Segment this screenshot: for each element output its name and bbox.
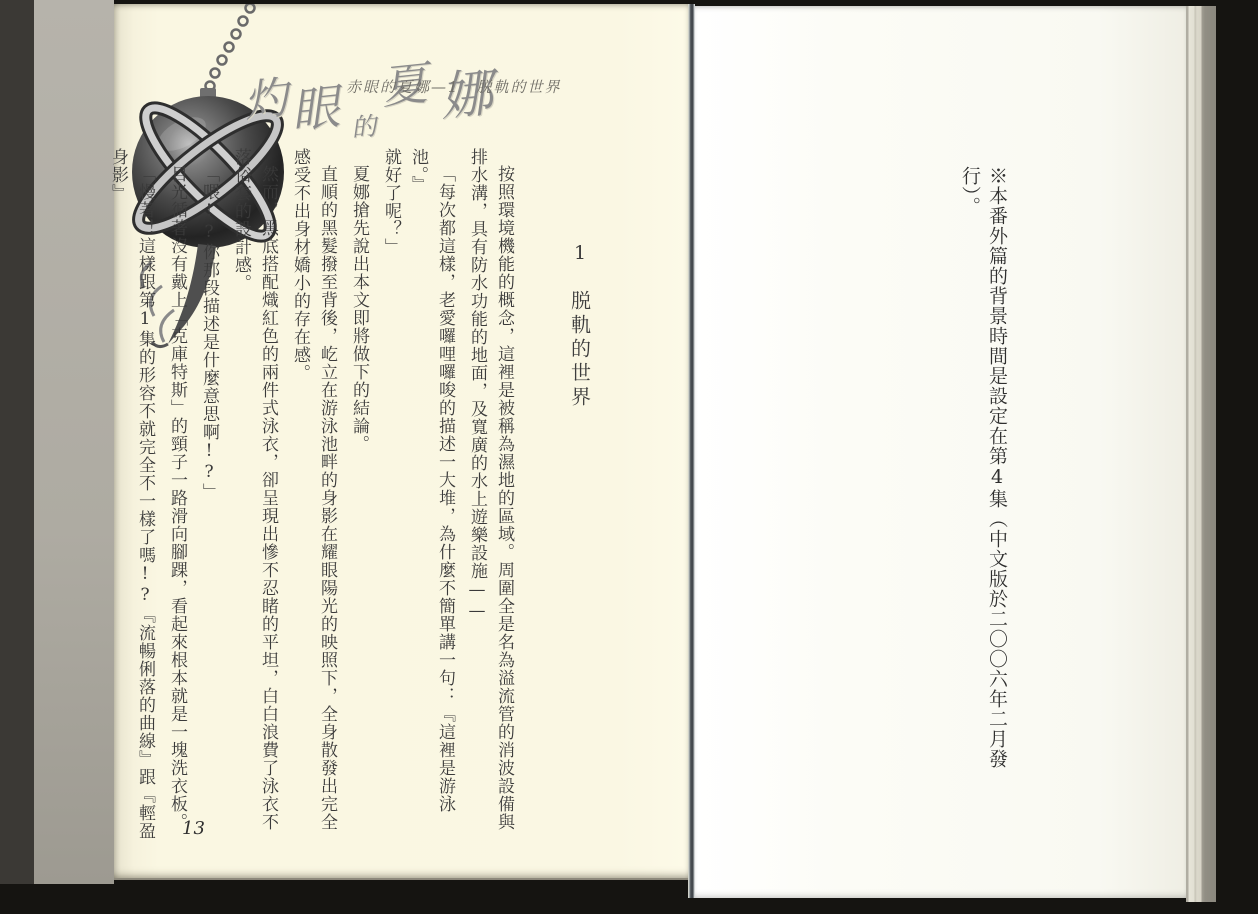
page-number: 13 <box>182 818 205 839</box>
right-page: ※本番外篇的背景時間是設定在第4集（中文版於二〇〇六年二月發行）。 <box>695 6 1186 898</box>
text-column: 就好了呢？」 <box>377 148 404 842</box>
text-column: 直順的黑髮撥至背後，屹立在游泳池畔的身影在耀眼陽光的映照下，全身散發出完全 <box>313 148 340 842</box>
book-scan: 灼 眼 的 夏 娜 赤眼的夏娜—1 脱軌的世界 1 脱軌的世界 按照環境機能的概… <box>0 0 1258 914</box>
scanner-bed-strip <box>34 0 114 884</box>
text-column: 然而，黑底搭配熾紅色的兩件式泳衣，卻呈現出慘不忍睹的平坦，白白浪費了泳衣不 <box>254 148 281 842</box>
text-column: 落俗套的設計感。 <box>227 148 254 842</box>
chapter-heading: 1 脱軌的世界 <box>562 242 598 410</box>
text-column: 排水溝，具有防水功能的地面，及寬廣的水上遊樂設施—— <box>463 148 490 842</box>
logo-char: 灼 <box>242 76 290 124</box>
logo-char: 的 <box>350 113 377 140</box>
text-column: 夏娜搶先說出本文即將做下的結論。 <box>345 148 372 842</box>
editor-note: ※本番外篇的背景時間是設定在第4集（中文版於二〇〇六年二月發行）。 <box>957 166 1011 816</box>
body-text: 按照環境機能的概念，這裡是被稱為濕地的區域。周圍全是名為溢流管的消波設備與 排水… <box>104 148 522 842</box>
text-column: 按照環境機能的概念，這裡是被稱為濕地的區域。周圍全是名為溢流管的消波設備與 <box>490 148 517 842</box>
left-page: 灼 眼 的 夏 娜 赤眼的夏娜—1 脱軌的世界 1 脱軌的世界 按照環境機能的概… <box>114 4 688 880</box>
binding-gutter <box>688 4 695 898</box>
text-column: 「慢著！這樣跟第1集的形容不就完全不一樣了嗎!?『流暢俐落的曲線』跟『輕盈身影』 <box>104 148 158 842</box>
text-column: 感受不出身材嬌小的存在感。 <box>286 148 313 842</box>
chapter-title: 脱軌的世界 <box>566 290 595 410</box>
text-column: 「喂!?你那段描述是什麼意思啊!?」 <box>195 148 222 842</box>
scanner-background-left <box>0 0 34 884</box>
page-edge-stack <box>1186 6 1216 902</box>
running-header: 赤眼的夏娜—1 脱軌的世界 <box>346 76 562 97</box>
text-column: 「每次都這樣，老愛囉哩囉唆的描述一大堆，為什麼不簡單講一句：『這裡是游泳池。』 <box>404 148 458 842</box>
logo-char: 眼 <box>289 83 342 136</box>
text-column: 目光循著沒有戴上「克庫特斯」的頸子一路滑向腳踝，看起來根本就是一塊洗衣板。 <box>163 148 190 842</box>
chapter-number: 1 <box>562 242 598 264</box>
